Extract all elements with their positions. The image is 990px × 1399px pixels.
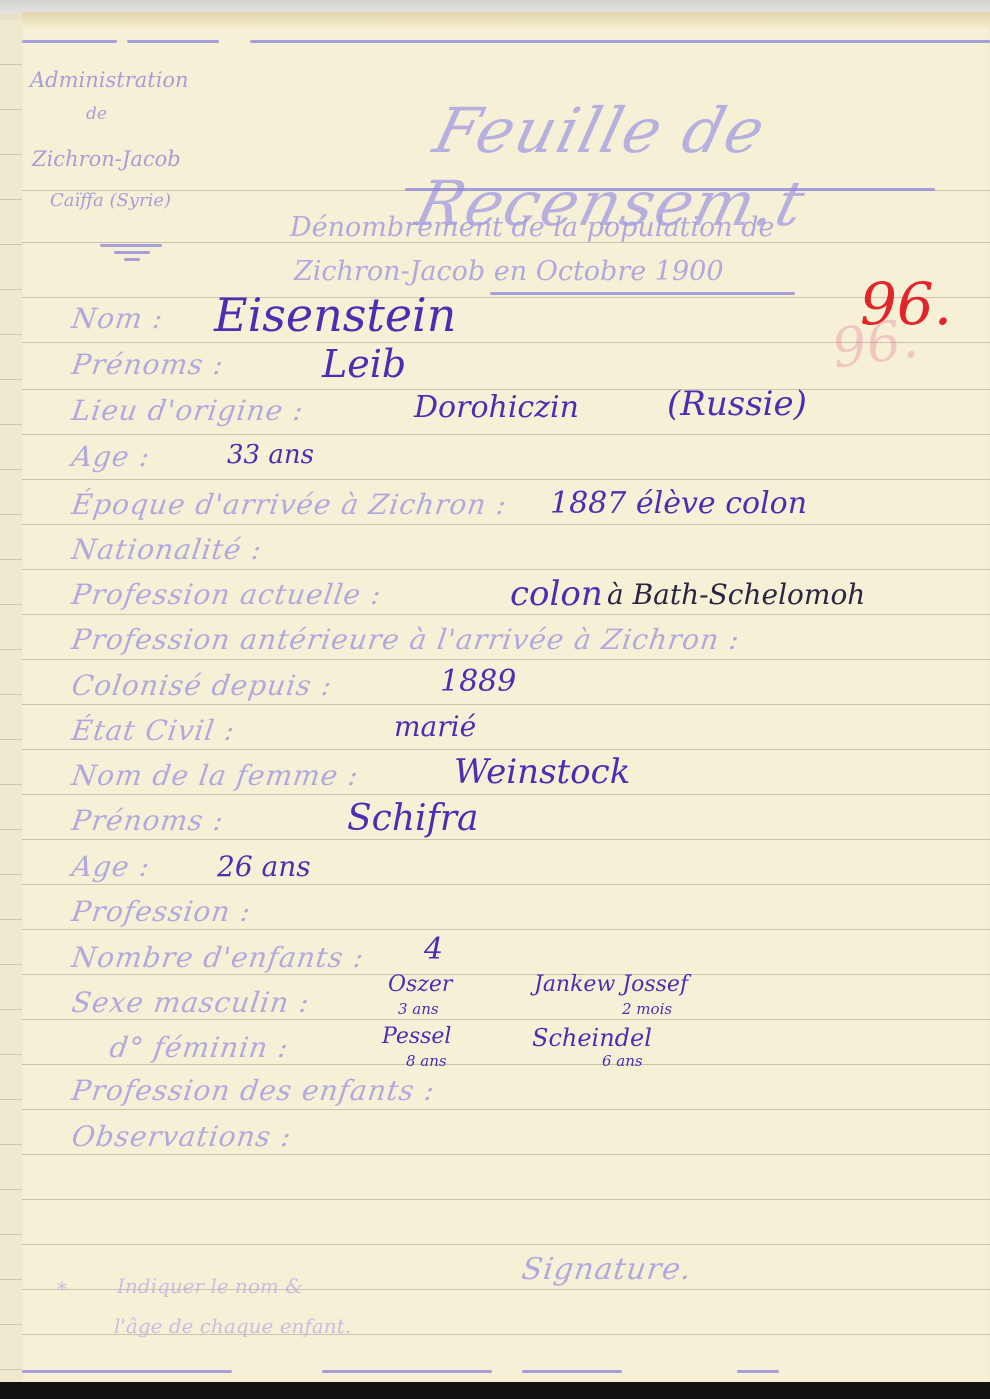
value-profession-actuelle: colon xyxy=(510,574,603,614)
child-male-name: Jankew Jossef xyxy=(534,972,688,997)
stamp-ornament xyxy=(124,258,140,261)
label-sexe-masculin: Sexe masculin : xyxy=(70,986,312,1019)
label-profession-anterieure: Profession antérieure à l'arrivée à Zich… xyxy=(70,623,742,656)
footnote-line1: Indiquer le nom & xyxy=(117,1274,303,1298)
ruled-line xyxy=(22,749,990,750)
ruled-line xyxy=(22,659,990,660)
label-age: Age : xyxy=(70,440,153,473)
stamp-ornament xyxy=(114,251,150,254)
label-prenoms: Prénoms : xyxy=(70,348,227,381)
header-rule xyxy=(22,40,117,43)
child-female-age: 8 ans xyxy=(406,1052,447,1070)
ruled-line xyxy=(22,884,990,885)
ruled-line xyxy=(22,1244,990,1245)
ruled-line xyxy=(22,929,990,930)
facing-page-edge xyxy=(0,20,24,1399)
value-profession-lieu: à Bath-Schelomoh xyxy=(607,578,865,611)
ruled-line xyxy=(22,297,990,298)
value-nom-femme: Weinstock xyxy=(454,752,630,792)
ruled-line xyxy=(22,524,990,525)
page-top-edge xyxy=(22,12,990,28)
ruled-line xyxy=(22,794,990,795)
ruled-line xyxy=(22,569,990,570)
stamp-ornament xyxy=(100,244,162,247)
record-number: 96. xyxy=(860,270,952,338)
label-prenoms-femme: Prénoms : xyxy=(70,804,227,837)
value-age-femme: 26 ans xyxy=(217,850,311,883)
subtitle-line2: Zichron-Jacob en Octobre 1900 xyxy=(294,256,724,287)
value-etat-civil: marié xyxy=(394,710,476,743)
ruled-line xyxy=(22,1199,990,1200)
footer-rule xyxy=(322,1370,492,1373)
child-male-age: 2 mois xyxy=(622,1000,672,1018)
label-epoque-arrivee: Époque d'arrivée à Zichron : xyxy=(70,488,510,521)
child-female-name: Scheindel xyxy=(532,1024,652,1052)
label-colonise-depuis: Colonisé depuis : xyxy=(70,669,335,702)
footnote-line2: l'âge de chaque enfant. xyxy=(114,1314,351,1338)
ruled-line xyxy=(22,839,990,840)
header-rule xyxy=(127,40,219,43)
label-nom-femme: Nom de la femme : xyxy=(70,759,361,792)
value-nom: Eisenstein xyxy=(214,288,456,342)
label-lieu-origine: Lieu d'origine : xyxy=(70,394,306,427)
label-nationalite: Nationalité : xyxy=(70,533,265,566)
footer-rule xyxy=(522,1370,622,1373)
label-age-femme: Age : xyxy=(70,850,153,883)
child-female-age: 6 ans xyxy=(602,1052,643,1070)
signature-label: Signature. xyxy=(520,1252,694,1287)
label-profession-actuelle: Profession actuelle : xyxy=(70,578,384,611)
ruled-line xyxy=(22,1064,990,1065)
label-feminin: d° féminin : xyxy=(108,1031,291,1064)
ruled-line xyxy=(22,1019,990,1020)
footer-rule xyxy=(737,1370,779,1373)
ruled-line xyxy=(22,1109,990,1110)
label-profession-femme: Profession : xyxy=(70,895,254,928)
ruled-line xyxy=(22,434,990,435)
subtitle-line1: Dénombrement de la population de xyxy=(290,212,775,243)
ruled-line xyxy=(22,1154,990,1155)
admin-stamp-line4: Caïffa (Syrie) xyxy=(50,190,171,211)
ruled-line xyxy=(22,614,990,615)
title-underline xyxy=(405,188,935,191)
footer-rule xyxy=(22,1370,232,1373)
label-nombre-enfants: Nombre d'enfants : xyxy=(70,941,367,974)
value-prenoms: Leib xyxy=(322,342,406,386)
ruled-line xyxy=(22,974,990,975)
admin-stamp-line3: Zichron-Jacob xyxy=(32,147,181,171)
value-lieu-origine: Dorohiczin xyxy=(414,390,579,425)
census-form-page: Administration de Zichron-Jacob Caïffa (… xyxy=(22,12,990,1382)
child-male-age: 3 ans xyxy=(398,1000,439,1018)
footnote-marker: * xyxy=(57,1277,67,1301)
value-nombre-enfants: 4 xyxy=(424,932,443,967)
subtitle-underline xyxy=(490,292,795,295)
child-male-name: Oszer xyxy=(388,972,452,997)
value-prenoms-femme: Schifra xyxy=(347,798,479,839)
ruled-line xyxy=(22,704,990,705)
value-lieu-pays: (Russie) xyxy=(667,384,807,424)
admin-stamp-line2: de xyxy=(86,104,107,124)
label-profession-enfants: Profession des enfants : xyxy=(70,1074,438,1107)
label-nom: Nom : xyxy=(70,302,166,335)
value-colonise-depuis: 1889 xyxy=(440,664,516,699)
value-age: 33 ans xyxy=(227,440,314,470)
scan-bottom-edge xyxy=(0,1382,990,1399)
child-female-name: Pessel xyxy=(382,1024,451,1049)
ruled-line xyxy=(22,479,990,480)
label-etat-civil: État Civil : xyxy=(70,714,238,747)
admin-stamp-line1: Administration xyxy=(30,68,189,92)
header-rule xyxy=(250,40,990,43)
label-observations: Observations : xyxy=(70,1120,294,1153)
value-epoque-arrivee: 1887 élève colon xyxy=(550,486,807,521)
